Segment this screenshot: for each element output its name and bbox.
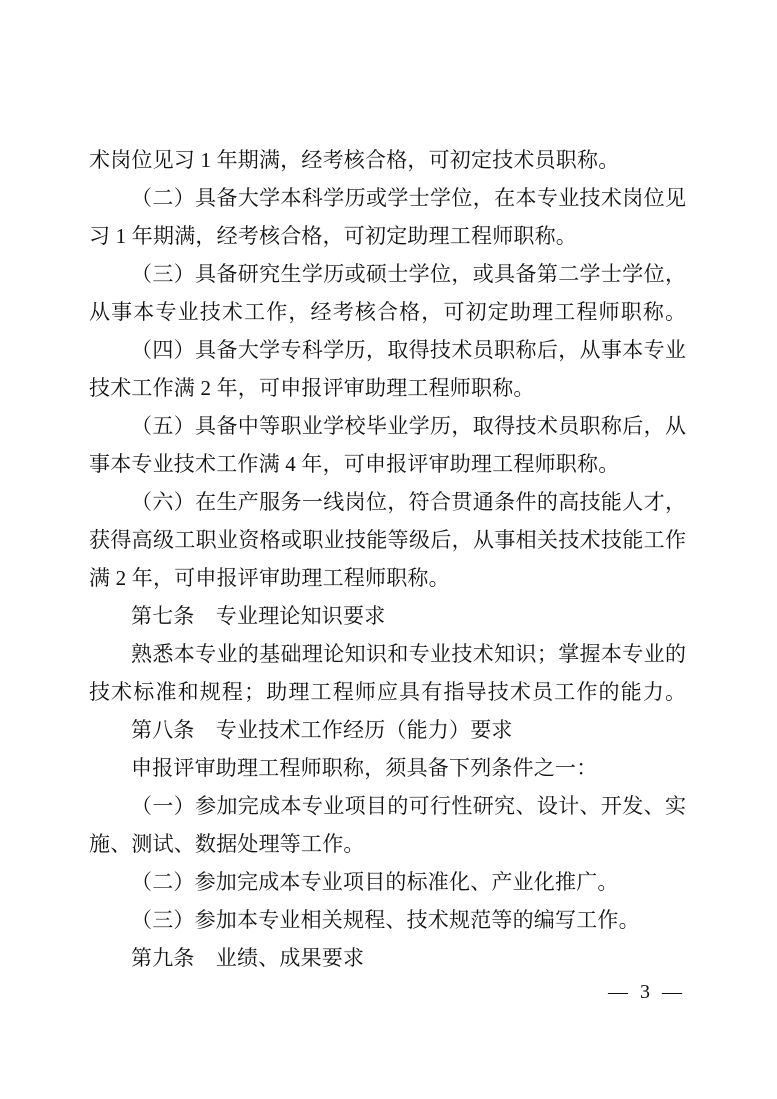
text-line: 满 2 年，可申报评审助理工程师职称。 (89, 559, 686, 597)
text-line: （二）参加完成本专业项目的标准化、产业化推广。 (89, 863, 686, 901)
text-line: 第八条 专业技术工作经历（能力）要求 (89, 711, 686, 749)
text-line: （三）参加本专业相关规程、技术规范等的编写工作。 (89, 901, 686, 939)
text-line: （一）参加完成本专业项目的可行性研究、设计、开发、实 (89, 787, 686, 825)
page-number: — 3 — (608, 978, 682, 1006)
text-line: （三）具备研究生学历或硕士学位，或具备第二学士学位， (89, 255, 686, 293)
text-line: （五）具备中等职业学校毕业学历，取得技术员职称后，从 (89, 407, 686, 445)
text-line: 技术工作满 2 年，可申报评审助理工程师职称。 (89, 369, 686, 407)
document-body: 术岗位见习 1 年期满，经考核合格，可初定技术员职称。（二）具备大学本科学历或学… (89, 141, 686, 977)
text-line: 第九条 业绩、成果要求 (89, 939, 686, 977)
text-line: 技术标准和规程；助理工程师应具有指导技术员工作的能力。 (89, 673, 686, 711)
text-line: 事本专业技术工作满 4 年，可申报评审助理工程师职称。 (89, 445, 686, 483)
text-line: 术岗位见习 1 年期满，经考核合格，可初定技术员职称。 (89, 141, 686, 179)
page-number-label: — 3 — (608, 981, 682, 1003)
text-line: 从事本专业技术工作，经考核合格，可初定助理工程师职称。 (89, 293, 686, 331)
text-line: 申报评审助理工程师职称，须具备下列条件之一： (89, 749, 686, 787)
text-line: （六）在生产服务一线岗位，符合贯通条件的高技能人才， (89, 483, 686, 521)
text-line: （四）具备大学专科学历，取得技术员职称后，从事本专业 (89, 331, 686, 369)
text-line: 习 1 年期满，经考核合格，可初定助理工程师职称。 (89, 217, 686, 255)
text-line: 熟悉本专业的基础理论知识和专业技术知识；掌握本专业的 (89, 635, 686, 673)
document-page: 术岗位见习 1 年期满，经考核合格，可初定技术员职称。（二）具备大学本科学历或学… (0, 0, 777, 1099)
text-line: 施、测试、数据处理等工作。 (89, 825, 686, 863)
text-line: 第七条 专业理论知识要求 (89, 597, 686, 635)
text-line: （二）具备大学本科学历或学士学位，在本专业技术岗位见 (89, 179, 686, 217)
text-line: 获得高级工职业资格或职业技能等级后，从事相关技术技能工作 (89, 521, 686, 559)
